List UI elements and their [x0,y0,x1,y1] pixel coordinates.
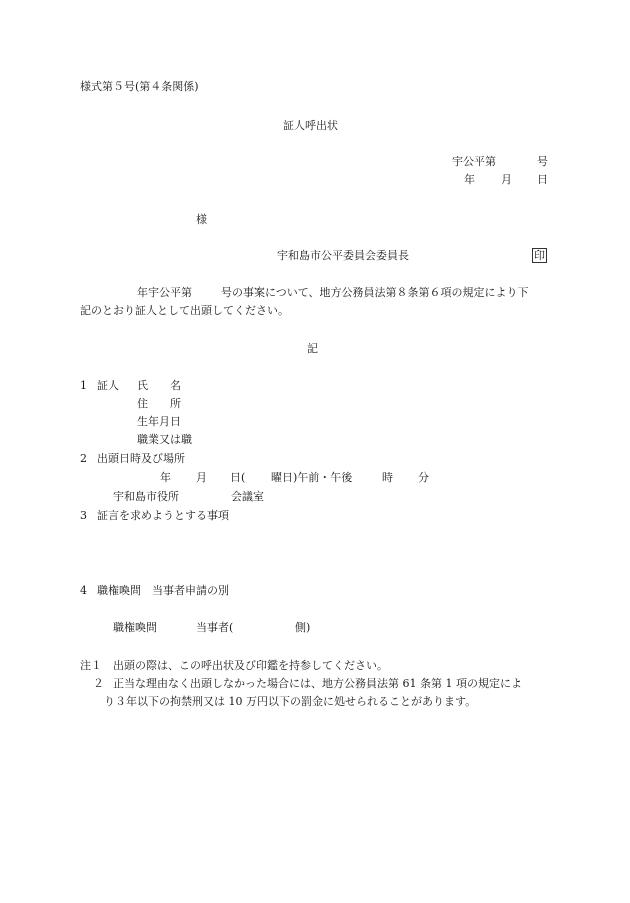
option-party-b: 側) [295,621,310,635]
place-building: 宇和島市役所 [113,490,179,504]
appear-year: 年 [160,471,171,485]
appear-day: 日( [230,471,245,485]
issuer: 宇和島市公平委員会委員長 [277,249,409,263]
appear-month: 月 [196,471,207,485]
body-line1-a: 年宇公平第 [137,286,192,300]
item1-label: 証人 [97,379,119,393]
item1-num: 1 [80,379,87,393]
note1: 出頭の際は、この呼出状及び印鑑を持参してください。 [113,659,388,673]
item4-label: 職権喚問 当事者申請の別 [97,584,229,598]
form-number: 様式第５号(第４条関係) [80,80,199,94]
option-ex-officio: 職権喚問 [113,621,157,635]
appear-weekday: 曜日)午前・午後 [271,471,352,485]
place-room: 会議室 [231,490,264,504]
item4-num: 4 [80,584,87,598]
date-day: 日 [537,173,548,187]
notes-prefix: 注１ [80,659,102,673]
appear-minute: 分 [418,471,429,485]
option-party-a: 当事者( [196,621,233,635]
note2-num: ２ [93,677,104,691]
item2-label: 出頭日時及び場所 [97,452,185,466]
item3-label: 証言を求めようとする事項 [97,509,229,523]
note2-line1: 正当な理由なく出頭しなかった場合には、地方公務員法第 61 条第 1 項の規定に… [113,677,522,691]
field-name: 氏 名 [137,379,181,393]
date-month: 月 [501,173,512,187]
note2-line2: り３年以下の拘禁刑又は 10 万円以下の罰金に処せられることがあります。 [104,695,476,709]
item3-num: 3 [80,509,87,523]
ki-heading: 記 [307,342,318,356]
field-occupation: 職業又は職 [137,433,192,447]
date-year: 年 [464,173,475,187]
document-title: 証人呼出状 [283,119,338,133]
field-address: 住 所 [137,397,181,411]
field-birthdate: 生年月日 [137,415,181,429]
reference-prefix: 宇公平第 [452,155,496,169]
appear-hour: 時 [382,471,393,485]
item2-num: 2 [80,452,87,466]
reference-suffix: 号 [537,155,548,169]
body-line1-b: 号の事案について、地方公務員法第８条第６項の規定により下 [221,286,529,300]
seal-mark: 印 [532,248,547,263]
addressee-suffix: 様 [196,213,207,227]
body-line2: 記のとおり証人として出頭してください。 [80,304,289,318]
